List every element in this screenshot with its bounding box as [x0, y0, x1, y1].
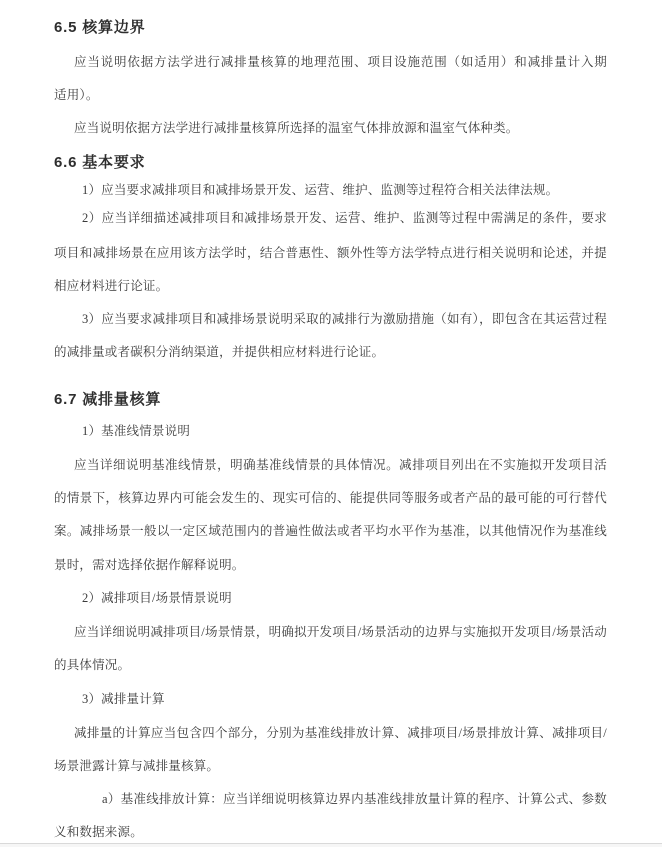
doc-line: 相应材料进行论证。	[54, 278, 607, 295]
doc-line: 景时，需对选择依据作解释说明。	[54, 557, 607, 574]
doc-line: 1）基准线情景说明	[54, 423, 607, 440]
doc-line: 的减排量或者碳积分消纳渠道，并提供相应材料进行论证。	[54, 344, 607, 361]
doc-line: 应当说明依据方法学进行减排量核算所选择的温室气体排放源和温室气体种类。	[54, 120, 607, 137]
doc-line: 1）应当要求减排项目和减排场景开发、运营、维护、监测等过程符合相关法律法规。	[54, 182, 607, 199]
doc-line: 3）减排量计算	[54, 691, 607, 708]
page-bottom-edge	[0, 843, 662, 847]
doc-line: 义和数据来源。	[54, 824, 607, 841]
doc-line: 应当详细说明基准线情景，明确基准线情景的具体情况。减排项目列出在不实施拟开发项目…	[54, 457, 607, 474]
doc-line: a）基准线排放计算：应当详细说明核算边界内基准线排放量计算的程序、计算公式、参数…	[54, 791, 607, 808]
doc-line: 适用）。	[54, 87, 607, 104]
doc-line: 2）减排项目/场景情景说明	[54, 590, 607, 607]
doc-line: 2）应当详细描述减排项目和减排场景开发、运营、维护、监测等过程中需满足的条件，要…	[54, 210, 607, 227]
heading-6-6: 6.6 基本要求	[54, 154, 607, 171]
heading-6-7: 6.7 减排量核算	[54, 391, 607, 408]
doc-line: 的具体情况。	[54, 657, 607, 674]
doc-line: 应当说明依据方法学进行减排量核算的地理范围、项目设施范围（如适用）和减排量计入期…	[54, 54, 607, 71]
doc-line: 案。减排场景一般以一定区域范围内的普遍性做法或者平均水平作为基准，以其他情况作为…	[54, 523, 607, 540]
heading-6-5: 6.5 核算边界	[54, 19, 607, 36]
doc-line: 减排量的计算应当包含四个部分，分别为基准线排放计算、减排项目/场景排放计算、减排…	[54, 725, 607, 742]
doc-line: 场景泄露计算与减排量核算。	[54, 758, 607, 775]
doc-line: 应当详细说明减排项目/场景情景，明确拟开发项目/场景活动的边界与实施拟开发项目/…	[54, 624, 607, 641]
document-page: 6.5 核算边界 应当说明依据方法学进行减排量核算的地理范围、项目设施范围（如适…	[0, 0, 662, 847]
doc-line: 的情景下，核算边界内可能会发生的、现实可信的、能提供同等服务或者产品的最可能的可…	[54, 490, 607, 507]
doc-line: 项目和减排场景在应用该方法学时，结合普惠性、额外性等方法学特点进行相关说明和论述…	[54, 245, 607, 262]
doc-line: 3）应当要求减排项目和减排场景说明采取的减排行为激励措施（如有），即包含在其运营…	[54, 311, 607, 328]
